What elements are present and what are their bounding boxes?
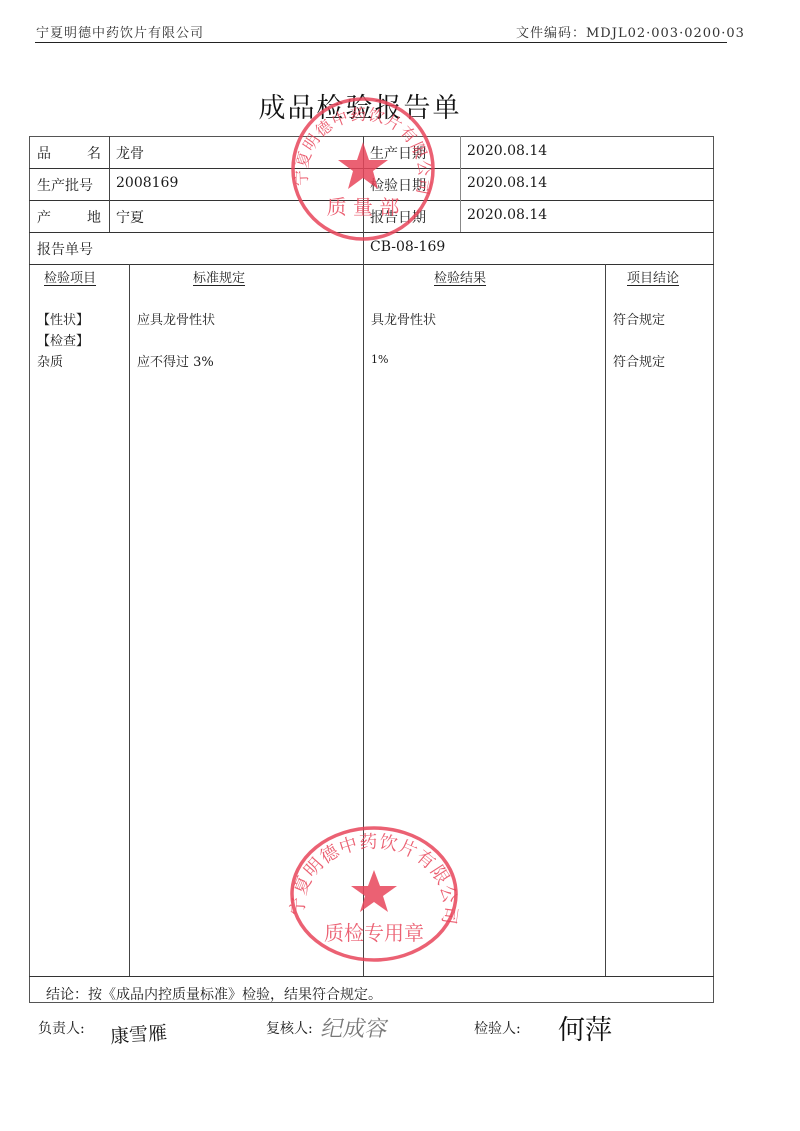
col-divider — [605, 264, 606, 976]
conclusion-cell: 符合规定 — [613, 309, 665, 328]
responsible-label: 负责人: — [38, 1018, 85, 1038]
inspector-signature: 何萍 — [558, 1008, 612, 1047]
origin-value: 宁夏 — [116, 207, 144, 227]
col-header-conclusion: 项目结论 — [627, 267, 679, 286]
col-header-result: 检验结果 — [434, 267, 486, 286]
prod-date-value: 2020.08.14 — [467, 143, 547, 159]
batch-value: 2008169 — [116, 175, 178, 191]
row-divider — [29, 232, 714, 233]
result-cell: 1% — [371, 353, 388, 366]
conclusion-text: 结论：按《成品内控质量标准》检验，结果符合规定。 — [46, 984, 382, 1004]
report-date-value: 2020.08.14 — [467, 207, 547, 223]
inspector-label: 检验人: — [474, 1018, 521, 1038]
document-code: 文件编码：MDJL02·003·0200·03 — [516, 22, 745, 41]
standard-cell: 应具龙骨性状 — [137, 309, 215, 328]
col-divider — [109, 136, 110, 232]
item-cell: 【性状】 — [37, 309, 89, 328]
col-header-standard: 标准规定 — [193, 267, 245, 286]
col-divider — [363, 136, 364, 264]
report-no-label: 报告单号 — [37, 239, 93, 259]
col-divider — [460, 136, 461, 232]
standard-cell: 应不得过 3% — [137, 351, 214, 370]
reviewer-label: 复核人: — [266, 1018, 313, 1038]
item-cell: 杂质 — [37, 351, 63, 370]
col-divider — [363, 264, 364, 976]
insp-date-value: 2020.08.14 — [467, 175, 547, 191]
col-header-item: 检验项目 — [44, 267, 96, 286]
conclusion-cell: 符合规定 — [613, 351, 665, 370]
label-char: 地 — [87, 207, 101, 227]
label-char: 产 — [37, 207, 51, 227]
row-divider — [29, 264, 714, 265]
item-cell: 【检查】 — [37, 330, 89, 349]
col-divider — [129, 264, 130, 976]
origin-label: 产 地 — [37, 207, 101, 227]
row-divider — [29, 976, 714, 977]
label-char: 名 — [87, 143, 101, 163]
insp-date-label: 检验日期 — [370, 175, 426, 195]
page-title: 成品检验报告单 — [0, 86, 720, 125]
batch-label: 生产批号 — [37, 175, 93, 195]
reviewer-signature: 纪成容 — [319, 1012, 392, 1043]
responsible-signature: 康雪雁 — [109, 1018, 168, 1049]
company-header: 宁夏明德中药饮片有限公司 — [36, 22, 204, 41]
product-name-value: 龙骨 — [116, 143, 144, 163]
report-no-value: CB-08-169 — [370, 239, 445, 255]
row-divider — [29, 168, 714, 169]
product-name-label: 品 名 — [37, 143, 101, 163]
report-date-label: 报告日期 — [370, 207, 426, 227]
report-table — [29, 136, 714, 1003]
label-char: 品 — [37, 143, 51, 163]
header-divider — [35, 42, 727, 43]
row-divider — [29, 200, 714, 201]
prod-date-label: 生产日期 — [370, 143, 426, 163]
result-cell: 具龙骨性状 — [371, 309, 436, 328]
